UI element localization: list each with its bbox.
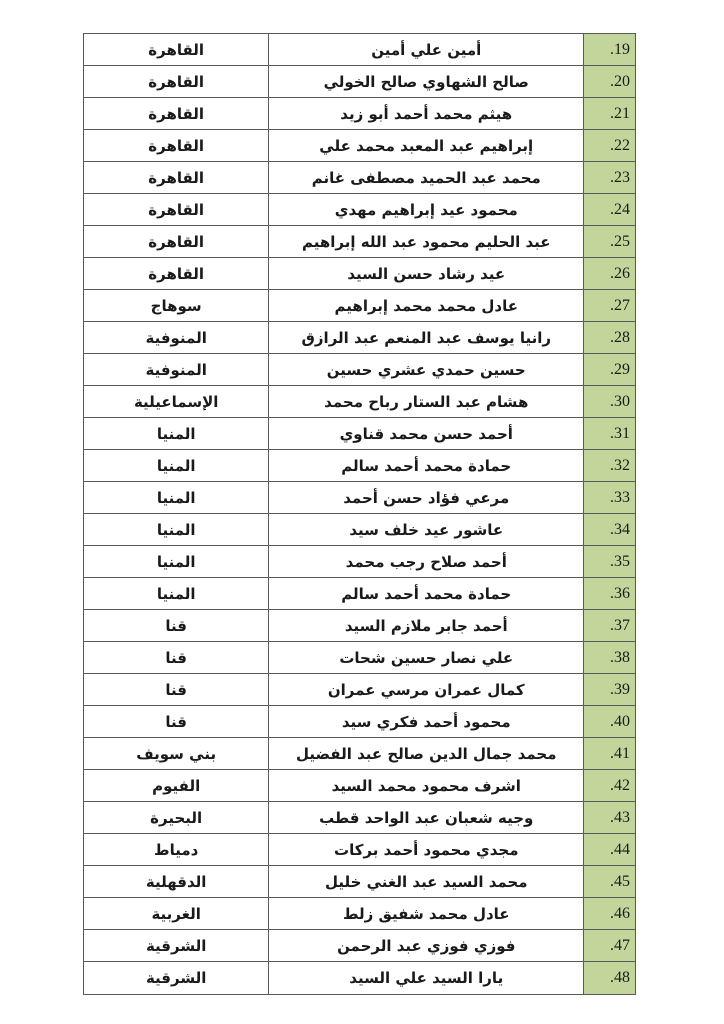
table-row: القاهرة عبد الحليم محمود عبد الله إبراهي… [84,226,635,258]
name-cell: علي نصار حسين شحات [269,642,584,673]
table-row: القاهرة هيثم محمد أحمد أبو زيد .21 [84,98,635,130]
governorate-cell: القاهرة [84,34,269,65]
table-row: القاهرة إبراهيم عبد المعبد محمد علي .22 [84,130,635,162]
table-row: المنيا عاشور عيد خلف سيد .34 [84,514,635,546]
name-cell: عاشور عيد خلف سيد [269,514,584,545]
row-number-cell: .28 [584,322,635,353]
name-cell: كمال عمران مرسي عمران [269,674,584,705]
table-row: المنيا أحمد صلاح رجب محمد .35 [84,546,635,578]
name-cell: محمد جمال الدين صالح عبد الفضيل [269,738,584,769]
name-cell: مرعي فؤاد حسن أحمد [269,482,584,513]
governorate-cell: الشرقية [84,962,269,994]
governorate-cell: سوهاج [84,290,269,321]
row-number-cell: .46 [584,898,635,929]
row-number-cell: .38 [584,642,635,673]
name-cell: عبد الحليم محمود عبد الله إبراهيم [269,226,584,257]
name-cell: أحمد حسن محمد قناوي [269,418,584,449]
row-number-cell: .43 [584,802,635,833]
table-row: المنيا مرعي فؤاد حسن أحمد .33 [84,482,635,514]
table-row: بني سويف محمد جمال الدين صالح عبد الفضيل… [84,738,635,770]
name-cell: أحمد صلاح رجب محمد [269,546,584,577]
row-number-cell: .45 [584,866,635,897]
row-number-cell: .33 [584,482,635,513]
table-row: الدقهلية محمد السيد عبد الغني خليل .45 [84,866,635,898]
table-row: القاهرة محمد عبد الحميد مصطفى غانم .23 [84,162,635,194]
governorate-cell: الإسماعيلية [84,386,269,417]
row-number-cell: .19 [584,34,635,65]
table-row: الغربية عادل محمد شفيق زلط .46 [84,898,635,930]
governorate-cell: المنيا [84,578,269,609]
name-cell: محمود أحمد فكري سيد [269,706,584,737]
row-number-cell: .29 [584,354,635,385]
row-number-cell: .30 [584,386,635,417]
governorate-cell: الدقهلية [84,866,269,897]
row-number-cell: .36 [584,578,635,609]
table-row: المنيا حمادة محمد أحمد سالم .32 [84,450,635,482]
roster-table: القاهرة أمين علي أمين .19 القاهرة صالح ا… [83,33,636,995]
row-number-cell: .35 [584,546,635,577]
governorate-cell: قنا [84,610,269,641]
row-number-cell: .48 [584,962,635,994]
row-number-cell: .23 [584,162,635,193]
row-number-cell: .37 [584,610,635,641]
row-number-cell: .41 [584,738,635,769]
governorate-cell: الغربية [84,898,269,929]
row-number-cell: .32 [584,450,635,481]
name-cell: محمد عبد الحميد مصطفى غانم [269,162,584,193]
row-number-cell: .24 [584,194,635,225]
governorate-cell: المنيا [84,546,269,577]
row-number-cell: .40 [584,706,635,737]
name-cell: إبراهيم عبد المعبد محمد علي [269,130,584,161]
governorate-cell: القاهرة [84,258,269,289]
table-row: الشرقية فوزي فوزي عبد الرحمن .47 [84,930,635,962]
governorate-cell: البحيرة [84,802,269,833]
table-row: الإسماعيلية هشام عبد الستار رباح محمد .3… [84,386,635,418]
governorate-cell: دمياط [84,834,269,865]
governorate-cell: قنا [84,706,269,737]
row-number-cell: .26 [584,258,635,289]
row-number-cell: .47 [584,930,635,961]
table-row: القاهرة أمين علي أمين .19 [84,34,635,66]
name-cell: حمادة محمد أحمد سالم [269,578,584,609]
name-cell: هيثم محمد أحمد أبو زيد [269,98,584,129]
name-cell: يارا السيد علي السيد [269,962,584,994]
governorate-cell: المنوفية [84,354,269,385]
governorate-cell: القاهرة [84,162,269,193]
document-page: القاهرة أمين علي أمين .19 القاهرة صالح ا… [0,0,724,1024]
name-cell: وجيه شعبان عبد الواحد قطب [269,802,584,833]
governorate-cell: القاهرة [84,226,269,257]
governorate-cell: المنيا [84,482,269,513]
table-row: المنيا حمادة محمد أحمد سالم .36 [84,578,635,610]
name-cell: أمين علي أمين [269,34,584,65]
name-cell: عيد رشاد حسن السيد [269,258,584,289]
row-number-cell: .22 [584,130,635,161]
name-cell: عادل محمد محمد إبراهيم [269,290,584,321]
name-cell: اشرف محمود محمد السيد [269,770,584,801]
table-row: المنوفية رانيا يوسف عبد المنعم عبد الراز… [84,322,635,354]
table-row: القاهرة صالح الشهاوي صالح الخولي .20 [84,66,635,98]
row-number-cell: .21 [584,98,635,129]
table-row: القاهرة عيد رشاد حسن السيد .26 [84,258,635,290]
table-row: المنوفية حسين حمدي عشري حسين .29 [84,354,635,386]
governorate-cell: المنيا [84,450,269,481]
governorate-cell: قنا [84,642,269,673]
table-row: قنا أحمد جابر ملازم السيد .37 [84,610,635,642]
governorate-cell: بني سويف [84,738,269,769]
name-cell: حمادة محمد أحمد سالم [269,450,584,481]
table-row: سوهاج عادل محمد محمد إبراهيم .27 [84,290,635,322]
governorate-cell: القاهرة [84,194,269,225]
name-cell: محمود عيد إبراهيم مهدي [269,194,584,225]
table-row: قنا كمال عمران مرسي عمران .39 [84,674,635,706]
name-cell: هشام عبد الستار رباح محمد [269,386,584,417]
governorate-cell: الفيوم [84,770,269,801]
name-cell: رانيا يوسف عبد المنعم عبد الرازق [269,322,584,353]
table-row: الفيوم اشرف محمود محمد السيد .42 [84,770,635,802]
row-number-cell: .31 [584,418,635,449]
name-cell: صالح الشهاوي صالح الخولي [269,66,584,97]
row-number-cell: .27 [584,290,635,321]
governorate-cell: المنوفية [84,322,269,353]
governorate-cell: قنا [84,674,269,705]
name-cell: عادل محمد شفيق زلط [269,898,584,929]
table-row: قنا محمود أحمد فكري سيد .40 [84,706,635,738]
name-cell: مجدي محمود أحمد بركات [269,834,584,865]
name-cell: محمد السيد عبد الغني خليل [269,866,584,897]
row-number-cell: .34 [584,514,635,545]
row-number-cell: .42 [584,770,635,801]
row-number-cell: .44 [584,834,635,865]
table-row: البحيرة وجيه شعبان عبد الواحد قطب .43 [84,802,635,834]
governorate-cell: المنيا [84,418,269,449]
governorate-cell: القاهرة [84,98,269,129]
table-row: دمياط مجدي محمود أحمد بركات .44 [84,834,635,866]
row-number-cell: .25 [584,226,635,257]
table-row: الشرقية يارا السيد علي السيد .48 [84,962,635,994]
table-row: قنا علي نصار حسين شحات .38 [84,642,635,674]
table-row: القاهرة محمود عيد إبراهيم مهدي .24 [84,194,635,226]
row-number-cell: .20 [584,66,635,97]
row-number-cell: .39 [584,674,635,705]
governorate-cell: الشرقية [84,930,269,961]
table-row: المنيا أحمد حسن محمد قناوي .31 [84,418,635,450]
name-cell: أحمد جابر ملازم السيد [269,610,584,641]
governorate-cell: القاهرة [84,66,269,97]
name-cell: حسين حمدي عشري حسين [269,354,584,385]
name-cell: فوزي فوزي عبد الرحمن [269,930,584,961]
governorate-cell: المنيا [84,514,269,545]
governorate-cell: القاهرة [84,130,269,161]
